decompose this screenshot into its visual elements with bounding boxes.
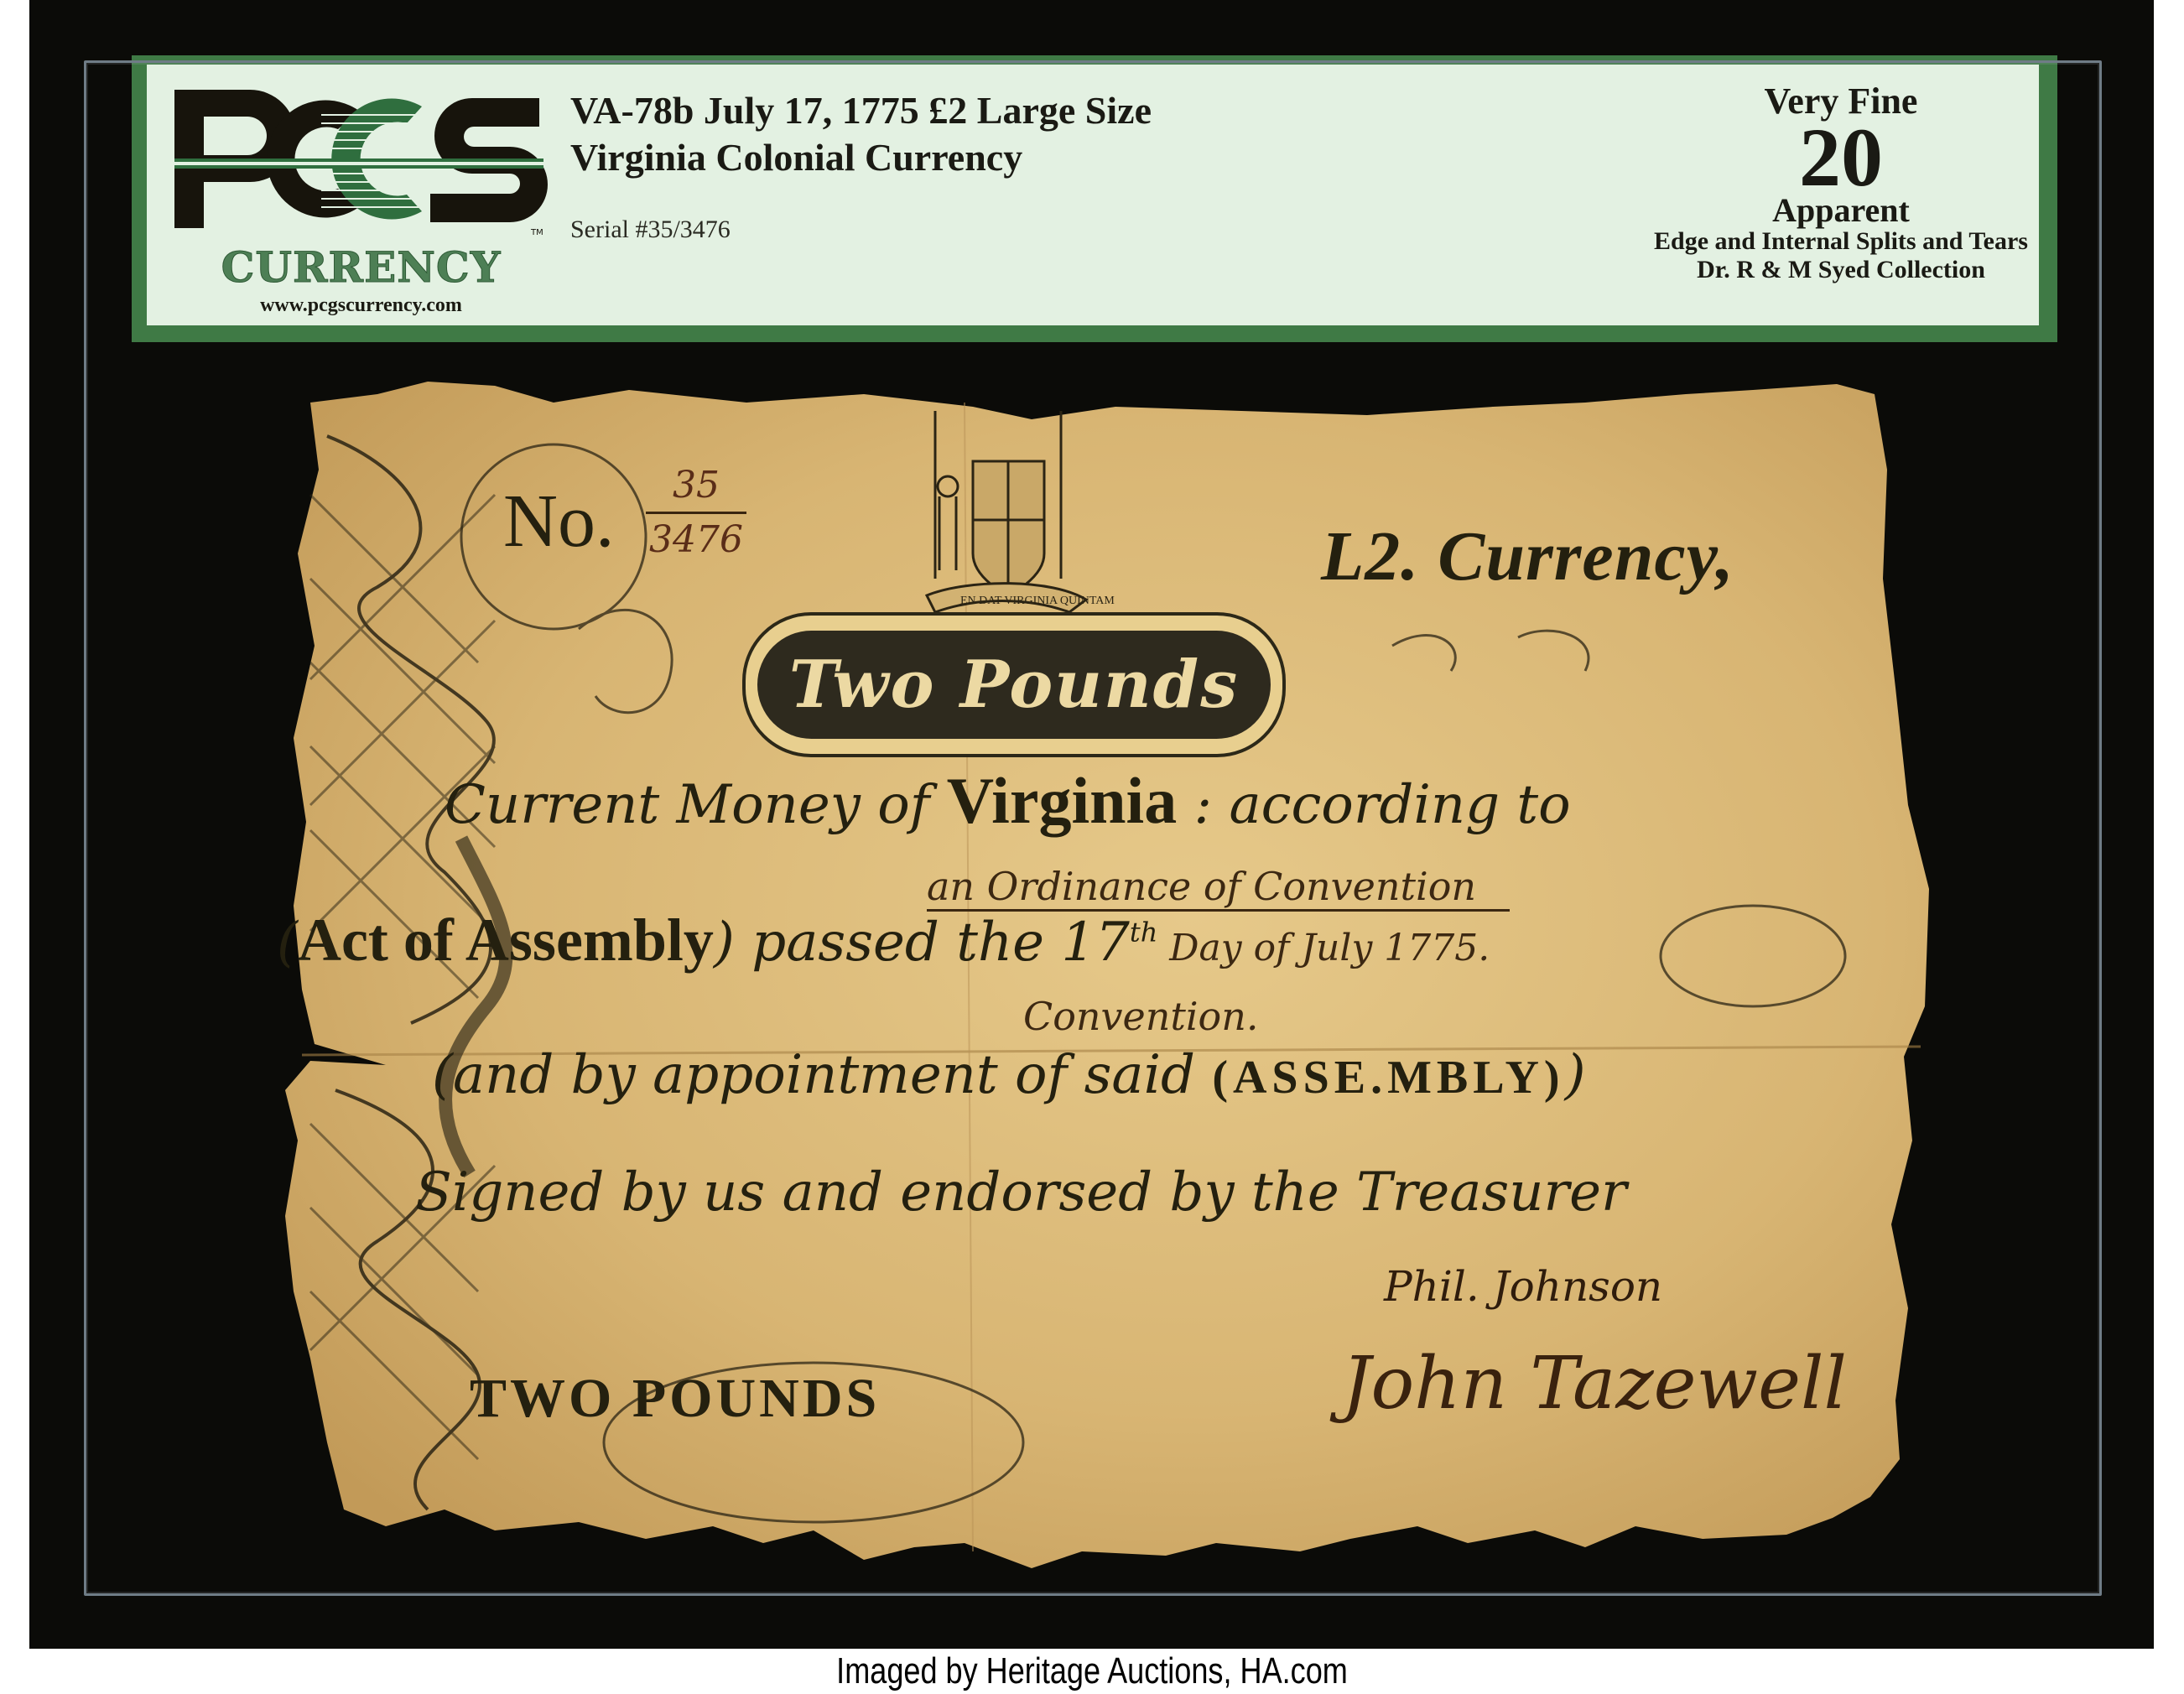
number-label: No. [503, 478, 615, 564]
serial-block: 35 [673, 464, 720, 507]
text-line-3: (and by appointment of said (ASSE.MBLY)) [432, 1044, 1586, 1106]
image-credit: Imaged by Heritage Auctions, HA.com [196, 1649, 1987, 1694]
signature-2: John Tazewell [1342, 1342, 1847, 1426]
bottom-denomination: TWO POUNDS [470, 1367, 880, 1431]
banknote: EN DAT VIRGINIA QUINTAM No. 35 3476 L2. … [277, 369, 1937, 1577]
convention-insert: Convention. [1023, 994, 1259, 1039]
text-line-4: Signed by us and endorsed by the Treasur… [415, 1161, 1627, 1224]
serial-number-handwritten: 3476 [649, 518, 743, 561]
denomination-cartouche: Two Pounds [742, 612, 1286, 757]
assembly-word: (ASSE.MBLY) [1212, 1052, 1564, 1104]
act-of-assembly: Act of Assembly [298, 907, 714, 974]
text-line-2: (Act of Assembly) passed the 17th Day of… [277, 906, 1490, 975]
text-line-1: Current Money of Virginia : according to [445, 763, 1571, 839]
handwritten-serial: 35 3476 [646, 461, 746, 564]
denomination-heading: L2. Currency, [1321, 516, 1734, 597]
signature-1: Phil. Johnson [1384, 1262, 1662, 1311]
cartouche-text: Two Pounds [789, 647, 1239, 723]
svg-text:EN DAT VIRGINIA QUINTAM: EN DAT VIRGINIA QUINTAM [960, 595, 1115, 607]
ordinance-insert: an Ordinance of Convention [927, 864, 1510, 912]
virginia-word: Virginia [947, 764, 1177, 837]
serial-divider [646, 512, 746, 514]
